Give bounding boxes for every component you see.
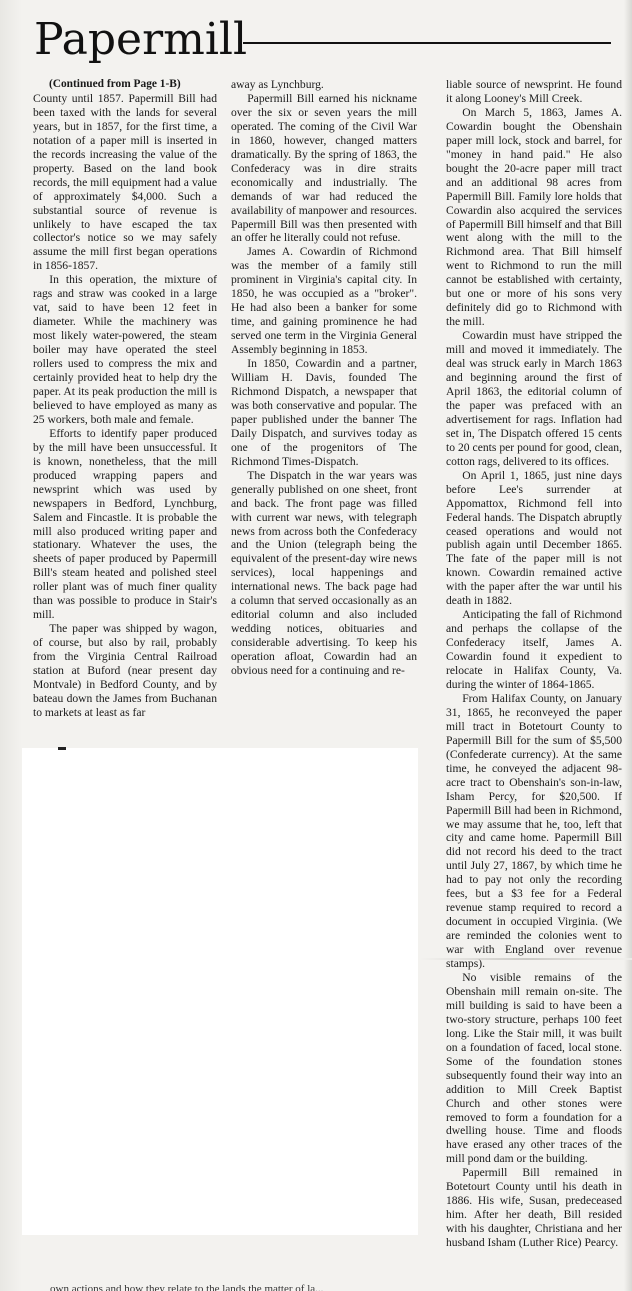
paragraph: In this operation, the mixture of rags a… <box>33 273 217 426</box>
continued-from-label: (Continued from Page 1-B) <box>33 78 217 92</box>
paragraph: away as Lynchburg. <box>231 78 417 92</box>
stray-mark <box>58 747 66 750</box>
page-edge-shadow-right <box>624 0 632 1291</box>
paragraph: From Halifax County, on January 31, 1865… <box>446 692 622 971</box>
page-edge-shadow-left <box>0 0 22 1291</box>
paragraph: No visible remains of the Obenshain mill… <box>446 971 622 1166</box>
paragraph: Efforts to identify paper produced by th… <box>33 427 217 622</box>
paragraph: On March 5, 1863, James A. Cowardin boug… <box>446 106 622 329</box>
paragraph: County until 1857. Papermill Bill had be… <box>33 92 217 273</box>
paragraph: The paper was shipped by wagon, of cours… <box>33 622 217 720</box>
paragraph: Papermill Bill remained in Botetourt Cou… <box>446 1166 622 1250</box>
paragraph: Papermill Bill earned his nickname over … <box>231 92 417 245</box>
article-column-3: liable source of newsprint. He found it … <box>446 78 622 1250</box>
paragraph: James A. Cowardin of Richmond was the me… <box>231 245 417 357</box>
paragraph: In 1850, Cowardin and a partner, William… <box>231 357 417 469</box>
paper-fold-crease <box>420 958 632 960</box>
cropped-bottom-text: own actions and how they relate to the l… <box>50 1283 430 1291</box>
headline: Papermill <box>34 14 247 66</box>
paragraph: liable source of newsprint. He found it … <box>446 78 622 106</box>
article-column-1: (Continued from Page 1-B) County until 1… <box>33 78 217 720</box>
paragraph: The Dispatch in the war years was genera… <box>231 469 417 678</box>
paragraph: Anticipating the fall of Richmond and pe… <box>446 608 622 692</box>
paragraph: On April 1, 1865, just nine days before … <box>446 469 622 609</box>
paragraph: Cowardin must have stripped the mill and… <box>446 329 622 469</box>
blank-cutout-area <box>22 748 418 1235</box>
headline-rule <box>243 42 611 44</box>
article-column-2: away as Lynchburg. Papermill Bill earned… <box>231 78 417 678</box>
